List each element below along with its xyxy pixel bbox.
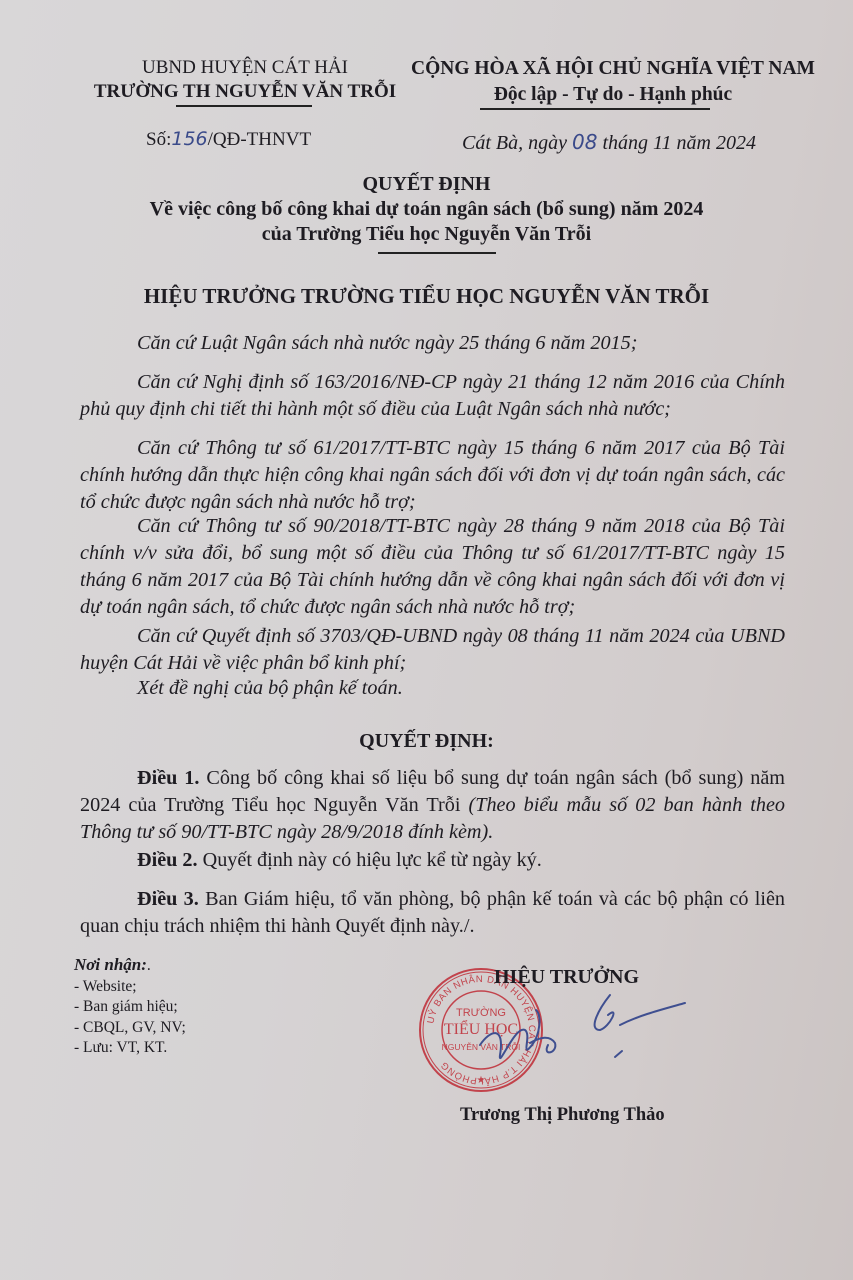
header-right-underline [480,108,710,110]
recipients-block: Nơi nhận:. - Website; - Ban giám hiệu; -… [74,955,186,1059]
issuing-agency-block: UBND HUYỆN CÁT HẢI TRƯỜNG TH NGUYỄN VĂN … [80,56,410,104]
recipient-item: - Ban giám hiệu; [74,997,186,1018]
document-page: UBND HUYỆN CÁT HẢI TRƯỜNG TH NGUYỄN VĂN … [0,0,853,1280]
title-underline [378,252,496,254]
article-1: Điều 1. Công bố công khai số liệu bổ sun… [80,765,785,846]
legal-basis-4: Căn cứ Thông tư số 90/2018/TT-BTC ngày 2… [80,513,785,621]
legal-basis-1: Căn cứ Luật Ngân sách nhà nước ngày 25 t… [80,330,785,357]
agency-name: UBND HUYỆN CÁT HẢI [80,56,410,80]
handwritten-day: 08 [572,130,597,154]
decision-heading: QUYẾT ĐỊNH [0,172,853,197]
article-2: Điều 2. Quyết định này có hiệu lực kể từ… [80,847,785,874]
place-date-line: Cát Bà, ngày 08 tháng 11 năm 2024 [462,130,756,155]
legal-basis-2: Căn cứ Nghị định số 163/2016/NĐ-CP ngày … [80,369,785,423]
handwritten-signature-icon [470,985,710,1085]
nation-name: CỘNG HÒA XÃ HỘI CHỦ NGHĨA VIỆT NAM [403,56,823,82]
recipient-item: - CBQL, GV, NV; [74,1018,186,1039]
signer-name: Trương Thị Phương Thảo [460,1105,665,1126]
decision-title-block: QUYẾT ĐỊNH Về việc công bố công khai dự … [0,172,853,247]
recipient-item: - Lưu: VT, KT. [74,1038,186,1059]
decision-subject-line-1: Về việc công bố công khai dự toán ngân s… [0,197,853,222]
school-name: TRƯỜNG TH NGUYỄN VĂN TRỖI [80,80,410,104]
legal-basis-5: Căn cứ Quyết định số 3703/QĐ-UBND ngày 0… [80,623,785,677]
handwritten-number: 156 [171,128,207,150]
article-3: Điều 3. Ban Giám hiệu, tổ văn phòng, bộ … [80,886,785,940]
recipients-title: Nơi nhận: [74,955,147,974]
legal-basis-3: Căn cứ Thông tư số 61/2017/TT-BTC ngày 1… [80,435,785,516]
recipient-item: - Website; [74,977,186,998]
legal-basis-6: Xét đề nghị của bộ phận kế toán. [80,675,785,702]
decision-section-heading: QUYẾT ĐỊNH: [0,730,853,753]
decision-subject-line-2: của Trường Tiểu học Nguyễn Văn Trỗi [0,222,853,247]
document-number: Số:156/QĐ-THNVT [146,128,311,151]
national-header-block: CỘNG HÒA XÃ HỘI CHỦ NGHĨA VIỆT NAM Độc l… [403,56,823,108]
national-motto: Độc lập - Tự do - Hạnh phúc [403,82,823,108]
header-left-underline [176,105,312,107]
issuing-authority: HIỆU TRƯỞNG TRƯỜNG TIỂU HỌC NGUYỄN VĂN T… [0,284,853,309]
